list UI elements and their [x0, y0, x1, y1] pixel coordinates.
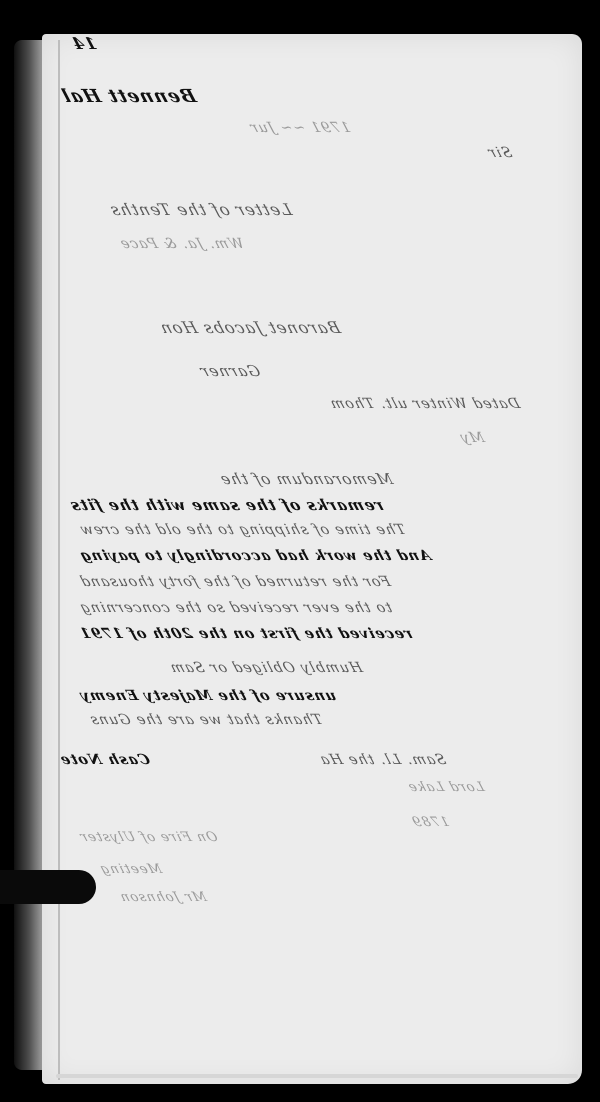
handwritten-line: 1789 — [410, 815, 452, 830]
handwritten-line: My — [457, 430, 486, 446]
handwritten-line: Bennett Hal — [59, 86, 200, 107]
handwritten-line: Baronet Jacobs Hon — [157, 318, 343, 337]
handwritten-line: received the first on the 20th of 1791 — [77, 626, 414, 642]
handwritten-line: The time of shipping to the old the crew — [77, 522, 407, 538]
handwritten-line: Letter of the Tenths — [107, 200, 294, 219]
handwritten-line: For the returned of the forty thousand — [77, 574, 392, 590]
handwritten-line: And the work had accordingly to paying — [77, 548, 433, 564]
margin-rule — [58, 40, 60, 1080]
handwritten-line: Thanks that we are the Guns — [87, 712, 324, 728]
handwritten-line: Sam. Ll. the Ha — [317, 752, 448, 768]
handwritten-line: Lord Lake — [406, 780, 487, 795]
handwritten-line: unsure of the Majesty Enemy — [77, 688, 338, 704]
handwritten-line: On Fire of Ulyster — [78, 830, 220, 845]
handwritten-line: to the ever received so the concerning — [77, 600, 394, 616]
handwritten-line: Meeting — [98, 862, 165, 877]
handwritten-line: Humbly Obliged or Sam — [167, 660, 364, 676]
handwritten-line: 1791 ~~ Jur — [247, 120, 353, 136]
handwritten-line: remarks of the same with the fits — [67, 496, 386, 514]
handwritten-line: Memorandum of the — [217, 470, 395, 488]
handwritten-line: Mr Johnson — [118, 890, 209, 905]
handwritten-line: Garner — [197, 362, 263, 380]
handwritten-line: Sir — [485, 145, 514, 161]
page-tab-marker — [0, 870, 96, 904]
page-bottom-edge — [56, 1074, 578, 1078]
handwritten-line: Dated Winter ult. Thom — [327, 396, 522, 412]
handwritten-line: Cash Note — [57, 752, 152, 768]
handwritten-line: Wm. Ja. & Pace — [117, 236, 246, 252]
